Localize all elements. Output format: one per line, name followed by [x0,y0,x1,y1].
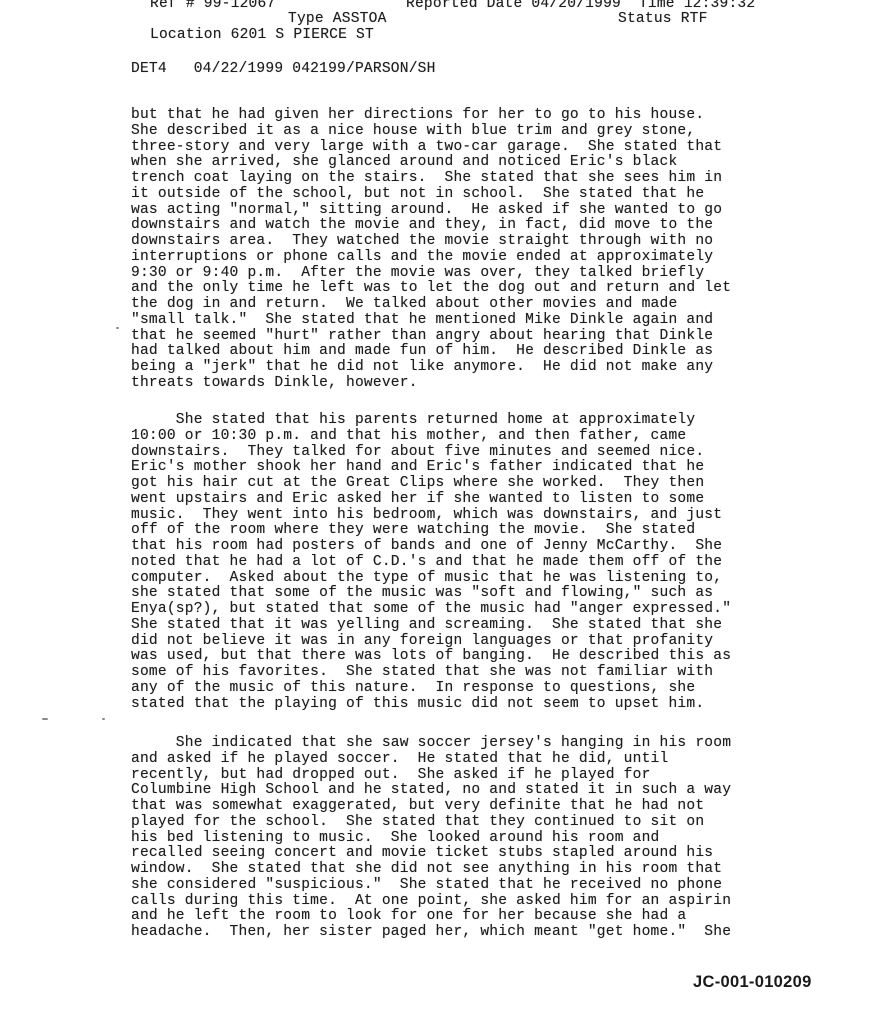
scan-speck [102,718,105,720]
text-line: downstairs area. They watched the movie … [131,234,731,250]
text-line: was used, but that there was lots of ban… [131,649,731,665]
text-line: she stated that some of the music was "s… [131,586,731,602]
text-line: and he left the room to look for one for… [131,909,731,925]
text-line: had talked about him and made fun of him… [131,344,731,360]
text-line: Enya(sp?), but stated that some of the m… [131,602,731,618]
text-line: played for the school. She stated that t… [131,815,731,831]
text-line: recently, but had dropped out. She asked… [131,768,731,784]
text-line: She stated that it was yelling and screa… [131,618,731,634]
text-line: when she arrived, she glanced around and… [131,155,731,171]
text-line: being a "jerk" that he did not like anym… [131,360,731,376]
text-line: headache. Then, her sister paged her, wh… [131,925,731,941]
text-line: window. She stated that she did not see … [131,862,731,878]
text-line: three-story and very large with a two-ca… [131,140,731,156]
narrative-paragraph: She indicated that she saw soccer jersey… [131,736,731,941]
text-line: calls during this time. At one point, sh… [131,894,731,910]
text-line: she considered "suspicious." She stated … [131,878,731,894]
text-line: interruptions or phone calls and the mov… [131,250,731,266]
scan-speck [42,718,48,720]
text-line: She described it as a nice house with bl… [131,124,731,140]
text-line: was acting "normal," sitting around. He … [131,203,731,219]
text-line: did not believe it was in any foreign la… [131,634,731,650]
text-line: threats towards Dinkle, however. [131,376,731,392]
text-line: 9:30 or 9:40 p.m. After the movie was ov… [131,266,731,282]
text-line: and the only time he left was to let the… [131,281,731,297]
text-line: got his hair cut at the Great Clips wher… [131,476,731,492]
text-line: the dog in and return. We talked about o… [131,297,731,313]
scan-speck [116,327,119,329]
text-line: stated that the playing of this music di… [131,697,731,713]
text-line: went upstairs and Eric asked her if she … [131,492,731,508]
text-line: noted that he had a lot of C.D.'s and th… [131,555,731,571]
bates-number: JC-001-010209 [693,973,812,992]
text-line: that he seemed "hurt" rather than angry … [131,329,731,345]
text-line: music. They went into his bedroom, which… [131,508,731,524]
text-line: any of the music of this nature. In resp… [131,681,731,697]
text-line: but that he had given her directions for… [131,108,731,124]
detective-entry-line: DET4 04/22/1999 042199/PARSON/SH [131,61,436,77]
text-line: trench coat laying on the stairs. She st… [131,171,731,187]
text-line: it outside of the school, but not in sch… [131,187,731,203]
narrative-paragraph: but that he had given her directions for… [131,108,731,392]
ref-number: Ref # 99-12067 [150,0,275,12]
text-line: She stated that his parents returned hom… [131,413,731,429]
report-status: Status RTF [618,11,708,27]
text-line: downstairs. They talked for about five m… [131,445,731,461]
text-line: his bed listening to music. She looked a… [131,831,731,847]
text-line: 10:00 or 10:30 p.m. and that his mother,… [131,429,731,445]
text-line: She indicated that she saw soccer jersey… [131,736,731,752]
text-line: some of his favorites. She stated that s… [131,665,731,681]
text-line: "small talk." She stated that he mention… [131,313,731,329]
report-location: Location 6201 S PIERCE ST [150,27,374,43]
text-line: computer. Asked about the type of music … [131,571,731,587]
text-line: Columbine High School and he stated, no … [131,783,731,799]
text-line: that was somewhat exaggerated, but very … [131,799,731,815]
text-line: that his room had posters of bands and o… [131,539,731,555]
text-line: recalled seeing concert and movie ticket… [131,846,731,862]
text-line: and asked if he played soccer. He stated… [131,752,731,768]
narrative-paragraph: She stated that his parents returned hom… [131,413,731,712]
text-line: off of the room where they were watching… [131,523,731,539]
text-line: downstairs and watch the movie and they,… [131,218,731,234]
report-type: Type ASSTOA [288,11,387,27]
text-line: Eric's mother shook her hand and Eric's … [131,460,731,476]
